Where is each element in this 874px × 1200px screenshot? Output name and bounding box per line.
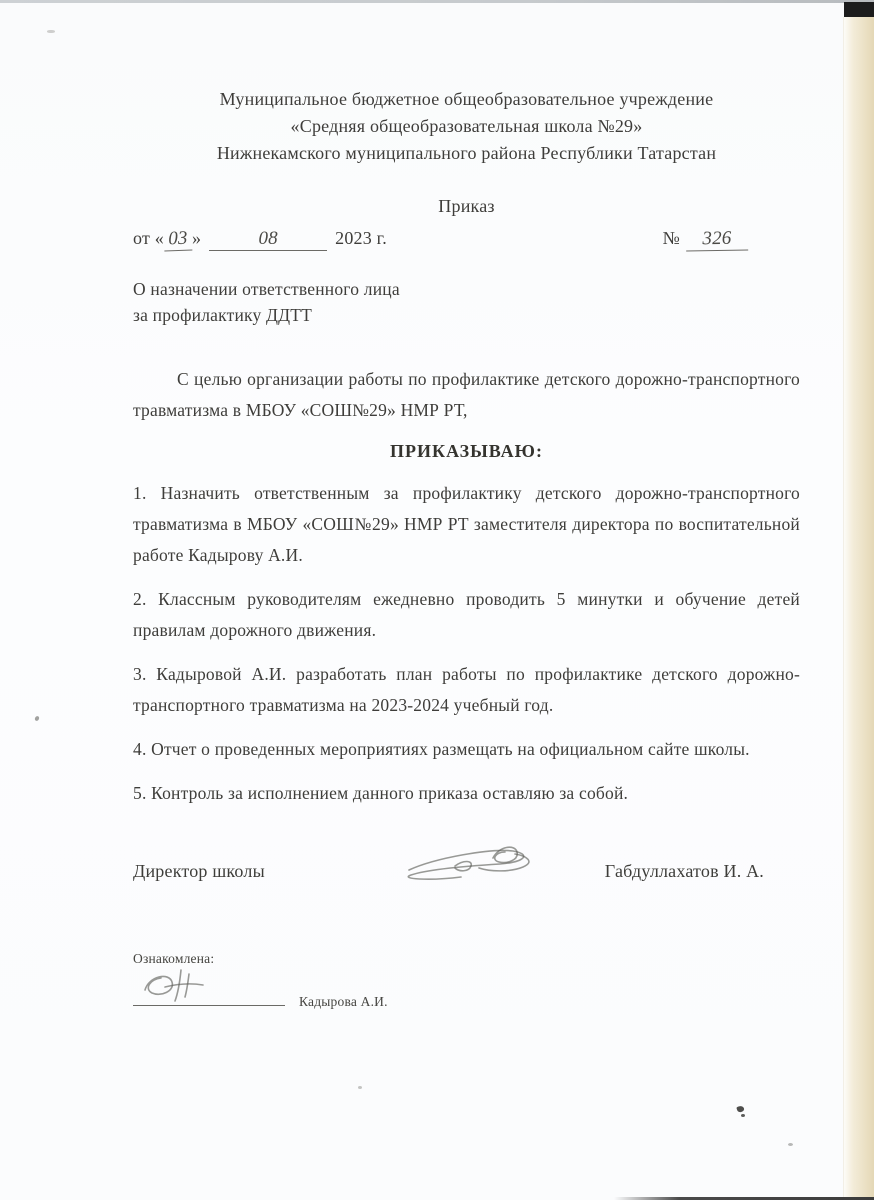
signer-role: Директор школы	[133, 861, 265, 882]
subject-line2: за профилактику ДДТТ	[133, 302, 400, 328]
scanned-order-document: Муниципальное бюджетное общеобразователь…	[0, 0, 874, 1200]
director-signature	[395, 836, 545, 891]
subject-line1: О назначении ответственного лица	[133, 276, 400, 302]
scan-speck	[736, 1105, 745, 1113]
organization-name-line3: Нижнекамского муниципального района Респ…	[133, 140, 800, 167]
number-sign: №	[663, 228, 680, 248]
date-prefix: от «	[133, 228, 164, 248]
acknowledgement-block: Ознакомлена: Кадырова А.И.	[133, 951, 388, 1010]
scan-speck	[788, 1143, 793, 1146]
acknowledgement-label: Ознакомлена:	[133, 951, 388, 967]
handwritten-number: 326	[702, 228, 731, 250]
order-subject: О назначении ответственного лица за проф…	[133, 276, 400, 328]
scan-top-edge	[0, 0, 874, 3]
scan-speck	[741, 1114, 745, 1117]
order-number: №326	[663, 228, 800, 251]
document-title: Приказ	[133, 196, 800, 217]
order-item-5: 5. Контроль за исполнением данного прика…	[133, 778, 800, 809]
date-close-quote: »	[192, 228, 201, 248]
order-item-4: 4. Отчет о проведенных мероприятиях разм…	[133, 734, 800, 765]
order-item-1: 1. Назначить ответственным за профилакти…	[133, 478, 800, 571]
order-item-2: 2. Классным руководителям ежедневно пров…	[133, 584, 800, 646]
scan-corner-mark	[844, 2, 874, 17]
signer-name: Габдуллахатов И. А.	[605, 861, 800, 882]
order-heading: ПРИКАЗЫВАЮ:	[133, 441, 800, 462]
order-item-3: 3. Кадыровой А.И. разработать план работ…	[133, 659, 800, 721]
handwritten-day: 03	[168, 228, 188, 250]
date-year: 2023 г.	[335, 228, 387, 248]
scan-right-edge-strip	[843, 17, 874, 1200]
handwritten-month: 08	[258, 228, 277, 249]
order-date: от «03»082023 г.	[133, 228, 387, 251]
order-items: 1. Назначить ответственным за профилакти…	[133, 478, 800, 822]
scan-speck	[47, 30, 55, 33]
organization-header: Муниципальное бюджетное общеобразователь…	[133, 86, 800, 167]
acknowledgement-name: Кадырова А.И.	[299, 994, 388, 1010]
preamble-paragraph: С целью организации работы по профилакти…	[133, 364, 800, 426]
organization-name-line2: «Средняя общеобразовательная школа №29»	[133, 113, 800, 140]
scan-speck	[34, 715, 40, 721]
organization-name-line1: Муниципальное бюджетное общеобразователь…	[133, 86, 800, 113]
date-and-number-row: от «03»082023 г. №326	[133, 228, 800, 251]
scan-speck	[358, 1086, 362, 1089]
acknowledgement-signature	[137, 966, 247, 1006]
